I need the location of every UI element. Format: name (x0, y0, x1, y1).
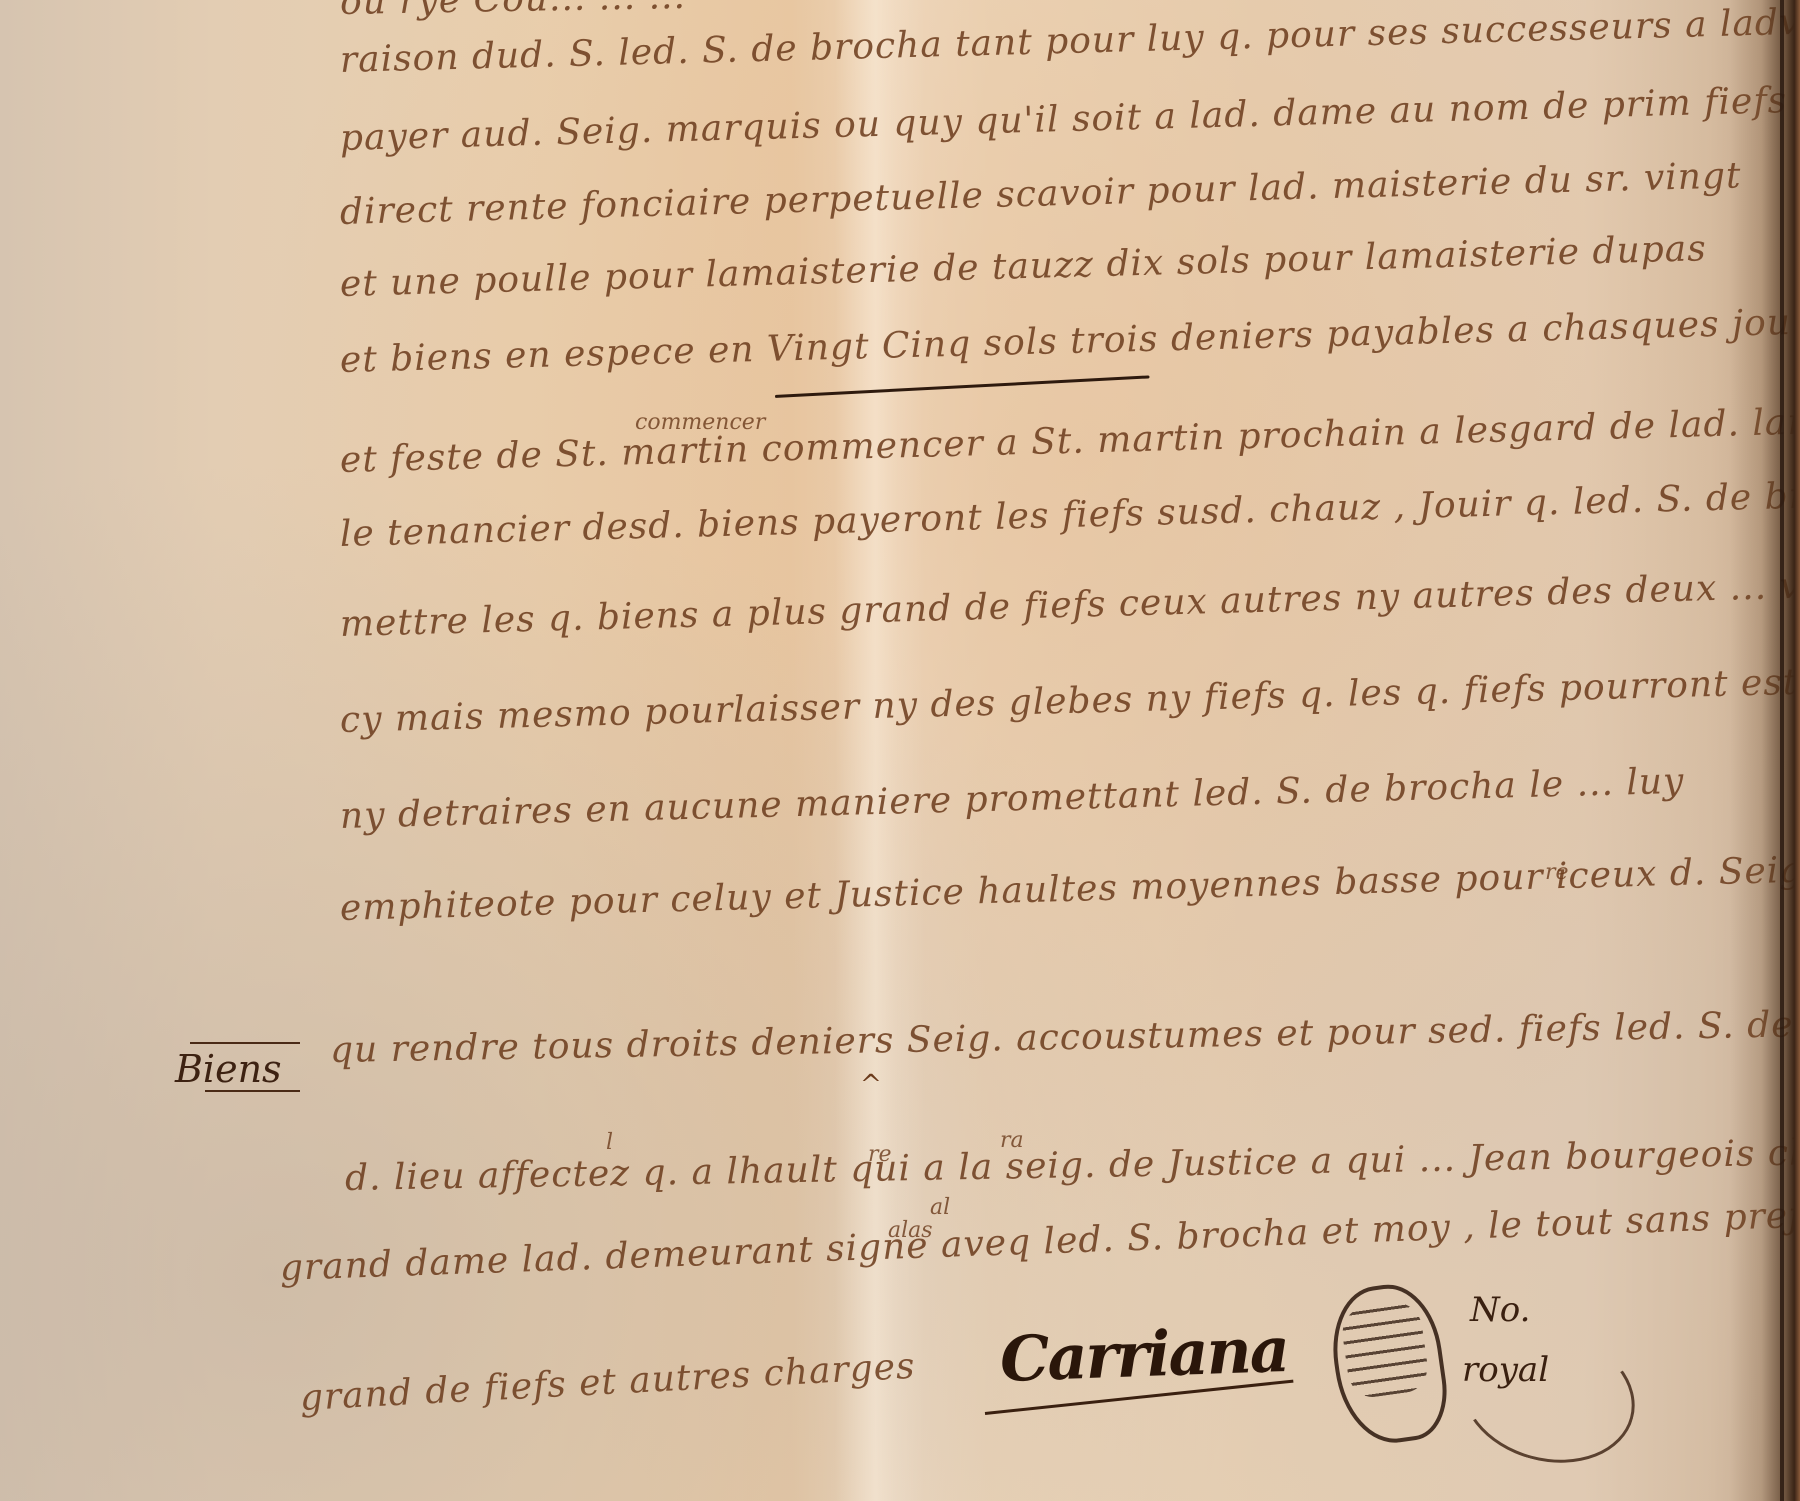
paraph-hatching-icon (1339, 1300, 1431, 1400)
notary-title-line-1: No. (1470, 1290, 1530, 1330)
margin-note: Biens (175, 1047, 282, 1091)
underline-mark (775, 375, 1150, 398)
interlinear-addition: al (930, 1195, 950, 1220)
margin-rule-top (190, 1042, 300, 1044)
margin-rule-bottom (205, 1090, 300, 1092)
text-line-10: ny detraires en aucune maniere promettan… (339, 761, 1684, 837)
text-line-7: le tenancier desd. biens payeront les fi… (339, 470, 1800, 555)
insertion-caret: ^ (860, 1070, 882, 1100)
book-edge-shadow (1730, 0, 1800, 1501)
manuscript-page: ou rye Cou... ... ... raison dud. S. led… (0, 0, 1800, 1501)
text-line-12: qu rendre tous droits deniers Seig. acco… (330, 999, 1800, 1071)
text-line-13: d. lieu affectez q. a lhault qui a la se… (345, 1130, 1800, 1199)
text-line-5: et biens en espece en Vingt Cinq sols tr… (339, 302, 1800, 381)
text-line-14: grand dame lad. demeurant signe aveq led… (279, 1189, 1800, 1289)
page-fold-highlight (835, 0, 925, 1501)
text-line-6: et feste de St. martin commencer a St. m… (339, 396, 1800, 481)
book-binding-edge (1780, 0, 1784, 1501)
text-line-15: grand de fiefs et autres charges (299, 1346, 916, 1419)
text-line-4: et une poulle pour lamaisterie de tauzz … (339, 228, 1707, 305)
text-line-2: payer aud. Seig. marquis ou quy qu'il so… (339, 77, 1800, 159)
text-line-11: emphiteote pour celuy et Justice haultes… (339, 844, 1800, 929)
interlinear-addition: l (606, 1130, 613, 1155)
notary-flourish-icon (1446, 1309, 1650, 1481)
text-line-9: cy mais mesmo pourlaisser ny des glebes … (339, 658, 1800, 741)
text-line-8: mettre les q. biens a plus grand de fief… (339, 563, 1800, 645)
text-line-3: direct rente fonciaire perpetuelle scavo… (339, 155, 1741, 233)
text-line-0: ou rye Cou... ... ... (340, 0, 687, 23)
